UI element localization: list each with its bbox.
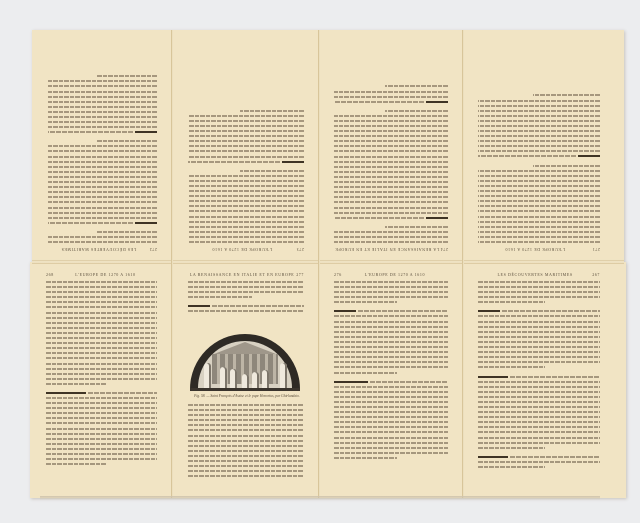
figure-caption: Fig. 58. — Saint François d'Assise et le…	[192, 394, 302, 398]
section-heading	[334, 381, 448, 383]
page-number: 276	[334, 272, 342, 277]
running-head: LES DÉCOUVERTES MARITIMES	[61, 247, 136, 252]
running-head: LA RENAISSANCE EN ITALIE ET EN EUROPE	[190, 272, 294, 277]
page-number: 268	[46, 272, 54, 277]
running-head: L'EUROPE DE 1270 A 1610	[365, 272, 425, 277]
vertical-crease-left	[171, 30, 173, 498]
page-bottom-4: LES DÉCOUVERTES MARITIMES267	[464, 264, 614, 496]
running-head: L'EUROPE DE 1270 A 1610	[212, 247, 272, 252]
section-heading	[46, 392, 157, 394]
section-heading	[334, 217, 448, 219]
section-heading	[334, 310, 448, 312]
page-number: 272	[149, 247, 157, 252]
running-head: LA RENAISSANCE EN ITALIE ET EN EUROPE	[335, 247, 439, 252]
page-top-1: 272LES DÉCOUVERTES MARITIMES	[34, 30, 171, 260]
page-number: 271	[592, 247, 600, 252]
body-text	[334, 85, 448, 243]
section-heading	[478, 310, 600, 312]
page-bottom-2-continued	[174, 404, 318, 494]
body-text	[478, 281, 600, 468]
page-top-4: 271L'EUROPE DE 1270 A 1610	[464, 30, 614, 260]
section-heading	[478, 456, 600, 458]
section-heading	[188, 161, 304, 163]
page-number: 267	[592, 272, 600, 277]
page-top-2: 273L'EUROPE DE 1270 A 1610	[174, 30, 318, 260]
section-heading	[48, 222, 157, 224]
body-text	[188, 110, 304, 243]
page-number: 274	[440, 247, 448, 252]
running-head: L'EUROPE DE 1270 A 1610	[75, 272, 135, 277]
page-number: 277	[296, 272, 304, 277]
paper-shadow	[40, 496, 600, 500]
body-text	[188, 404, 304, 477]
engraving-figure	[190, 334, 300, 391]
body-text	[48, 75, 157, 243]
section-heading	[478, 156, 600, 158]
body-text	[334, 281, 448, 459]
section-heading	[188, 305, 304, 307]
running-head: LES DÉCOUVERTES MARITIMES	[497, 272, 572, 277]
page-number: 273	[296, 247, 304, 252]
body-text	[188, 281, 304, 312]
body-text	[46, 281, 157, 465]
page-bottom-1: 268L'EUROPE DE 1270 A 1610	[32, 264, 171, 496]
body-text	[478, 94, 600, 243]
page-bottom-3: 276L'EUROPE DE 1270 A 1610	[320, 264, 462, 496]
page-top-3: 274LA RENAISSANCE EN ITALIE ET EN EUROPE	[320, 30, 462, 260]
running-head: L'EUROPE DE 1270 A 1610	[505, 247, 565, 252]
section-heading	[478, 376, 600, 378]
